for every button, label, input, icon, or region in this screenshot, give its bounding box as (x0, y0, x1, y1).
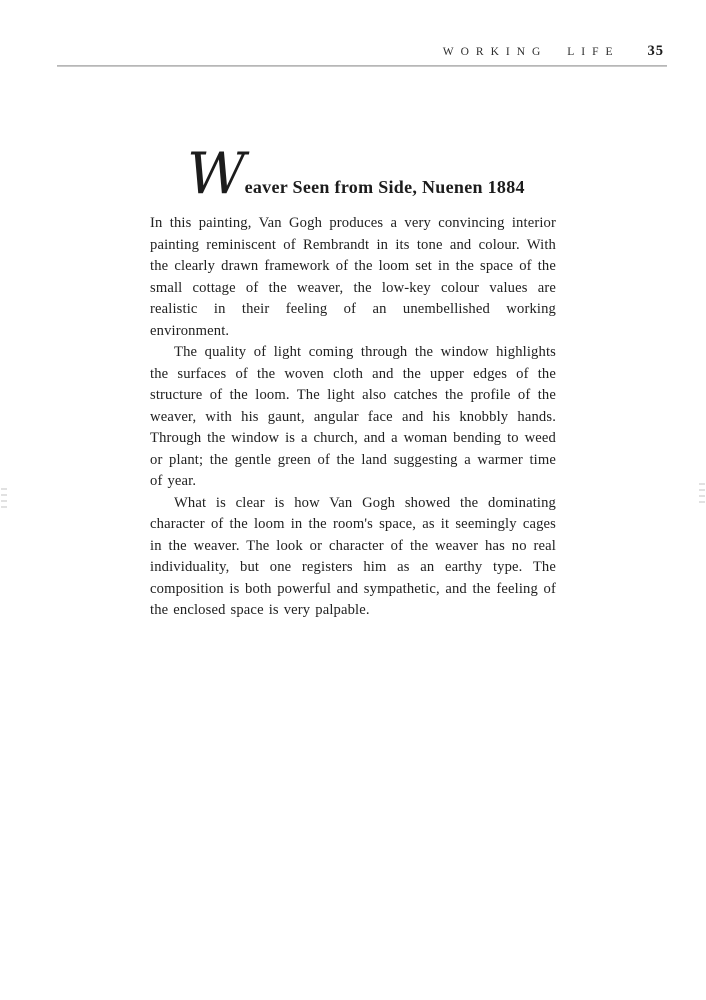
running-header: WORKING LIFE 35 (57, 43, 667, 60)
section-title: WORKING LIFE (443, 46, 620, 58)
title-drop-cap: W (187, 141, 244, 207)
chapter-title: Weaver Seen from Side, Nuenen 1884 (150, 146, 556, 203)
title-text: eaver Seen from Side, Nuenen 1884 (245, 177, 525, 197)
paragraph-3: What is clear is how Van Gogh showed the… (150, 493, 556, 622)
scan-artifact-left (1, 488, 7, 512)
scan-artifact-right (699, 483, 705, 507)
book-page: WORKING LIFE 35 Weaver Seen from Side, N… (0, 0, 706, 1000)
page-number: 35 (648, 43, 665, 60)
paragraph-1: In this painting, Van Gogh produces a ve… (150, 213, 556, 342)
header-rule (57, 65, 667, 67)
body-text: In this painting, Van Gogh produces a ve… (150, 213, 556, 622)
paragraph-2: The quality of light coming through the … (150, 342, 556, 493)
